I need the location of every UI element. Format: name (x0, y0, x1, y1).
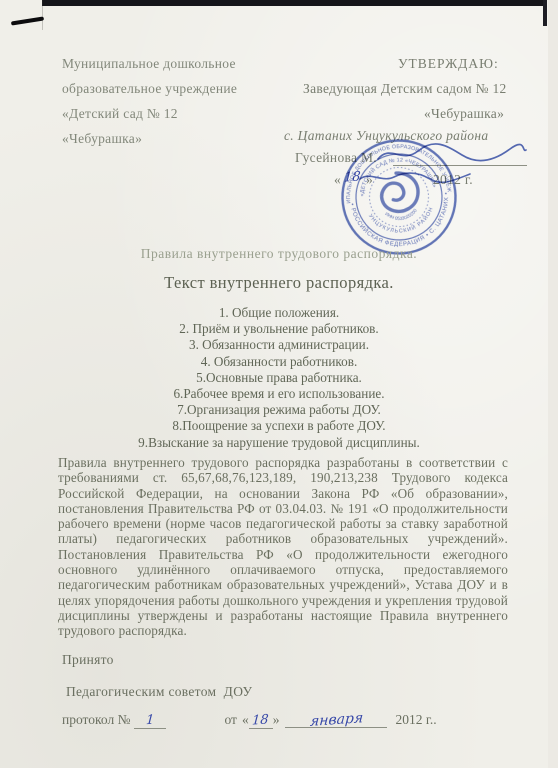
handwritten-month: января (309, 711, 363, 729)
accepted-label: Принято (62, 652, 114, 668)
approver-title: Заведующая Детским садом № 12 (303, 81, 507, 97)
toc-item: 1. Общие положения. (0, 305, 558, 321)
toc-item: 7.Организация режима работы ДОУ. (0, 402, 558, 418)
body-paragraph: Правила внутреннего трудового распорядка… (58, 455, 508, 639)
from-label: от (224, 712, 236, 728)
approver-org: «Чебурашка» (424, 106, 504, 122)
toc-item: 2. Приём и увольнение работников. (0, 321, 558, 337)
document-title: Текст внутреннего распорядка. (0, 273, 558, 293)
document-subtitle: Правила внутреннего трудового распорядка… (0, 246, 558, 262)
org-name-line: образовательное учреждение (62, 81, 237, 97)
day-blank: 18 (249, 713, 273, 729)
handwritten-protocol-number: 1 (146, 714, 155, 729)
table-of-contents: 1. Общие положения. 2. Приём и увольнени… (0, 305, 558, 451)
protocol-line: протокол № 1 от « 18 » января 2012 г.. (62, 712, 437, 729)
org-name-line: Муниципальное дошкольное (62, 56, 236, 72)
scan-artifact-top-bar (42, 0, 545, 6)
scanned-document-page: Муниципальное дошкольное образовательное… (0, 0, 558, 768)
toc-item: 3. Обязанности администрации. (0, 337, 558, 353)
official-stamp: МУНИЦИПАЛЬНОЕ ДОШКОЛЬНОЕ ОБРАЗОВАТЕЛЬНОЕ… (331, 129, 467, 265)
toc-item: 4. Обязанности работников. (0, 354, 558, 370)
toc-item: 5.Основные права работника. (0, 370, 558, 386)
stamp-emblem (379, 171, 420, 214)
scan-artifact-top-right-line (543, 0, 547, 26)
scan-artifact-crease (42, 0, 43, 30)
footer-quote-open: « (242, 712, 249, 728)
month-blank: января (285, 713, 387, 728)
toc-item: 9.Взыскание за нарушение трудовой дисцип… (0, 435, 558, 451)
org-name-line: «Чебурашка» (62, 131, 142, 147)
handwritten-footer-day: 18 (252, 713, 269, 728)
footer-quote-close: » (273, 712, 280, 728)
scan-artifact-corner-dash (11, 16, 44, 25)
protocol-number-blank: 1 (134, 713, 166, 729)
footer-year: 2012 г.. (395, 712, 436, 728)
approve-label: УТВЕРЖДАЮ: (398, 56, 499, 72)
council-line: Педагогическим советом ДОУ (66, 684, 252, 700)
protocol-label: протокол № (62, 712, 130, 728)
toc-item: 8.Поощрение за успехи в работе ДОУ. (0, 418, 558, 434)
org-name-line: «Детский сад № 12 (62, 106, 178, 122)
toc-item: 6.Рабочее время и его использование. (0, 386, 558, 402)
